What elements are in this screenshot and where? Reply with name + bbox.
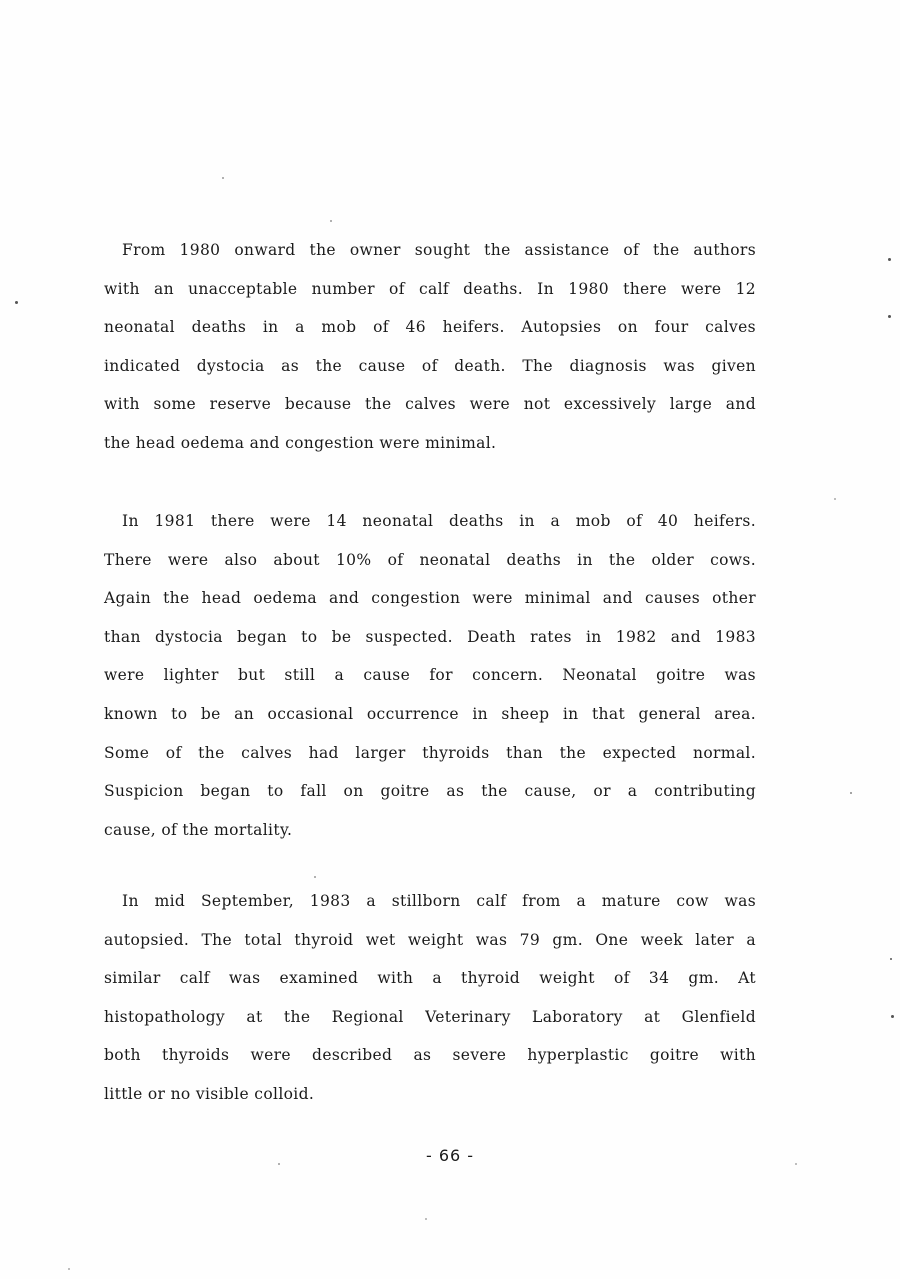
- scan-speck: [891, 1015, 894, 1018]
- text-line: Some of the calves had larger thyroids t…: [104, 734, 756, 773]
- text-line: histopathology at the Regional Veterinar…: [104, 998, 756, 1037]
- scan-speck: [888, 315, 891, 318]
- text-line: cause, of the mortality.: [104, 811, 756, 850]
- paragraph-1983-autopsy: In mid September, 1983 a stillborn calf …: [104, 882, 756, 1114]
- text-line: In 1981 there were 14 neonatal deaths in…: [104, 502, 756, 541]
- text-line: both thyroids were described as severe h…: [104, 1036, 756, 1075]
- scan-speck: [330, 220, 332, 222]
- text-line: indicated dystocia as the cause of death…: [104, 347, 756, 386]
- text-line: similar calf was examined with a thyroid…: [104, 959, 756, 998]
- text-line: were lighter but still a cause for conce…: [104, 656, 756, 695]
- document-page: From 1980 onward the owner sought the as…: [0, 0, 900, 1279]
- text-line: the head oedema and congestion were mini…: [104, 424, 756, 463]
- paragraph-1981-deaths: In 1981 there were 14 neonatal deaths in…: [104, 502, 756, 849]
- scan-speck: [314, 876, 316, 878]
- text-line: Suspicion began to fall on goitre as the…: [104, 772, 756, 811]
- scan-speck: [795, 1163, 797, 1165]
- text-line: From 1980 onward the owner sought the as…: [104, 231, 756, 270]
- scan-speck: [834, 498, 836, 500]
- scan-speck: [888, 258, 891, 261]
- scan-speck: [15, 301, 18, 304]
- text-line: neonatal deaths in a mob of 46 heifers. …: [104, 308, 756, 347]
- scan-speck: [222, 177, 224, 179]
- text-line: little or no visible colloid.: [104, 1075, 756, 1114]
- text-line: autopsied. The total thyroid wet weight …: [104, 921, 756, 960]
- scan-speck: [68, 1268, 70, 1270]
- text-line: known to be an occasional occurrence in …: [104, 695, 756, 734]
- text-line: with some reserve because the calves wer…: [104, 385, 756, 424]
- scan-speck: [425, 1218, 427, 1220]
- text-line: than dystocia began to be suspected. Dea…: [104, 618, 756, 657]
- scan-speck: [890, 958, 892, 960]
- text-line: Again the head oedema and congestion wer…: [104, 579, 756, 618]
- page-number: - 66 -: [0, 1146, 900, 1165]
- scan-speck: [850, 792, 852, 794]
- paragraph-1980-deaths: From 1980 onward the owner sought the as…: [104, 231, 756, 463]
- text-line: with an unacceptable number of calf deat…: [104, 270, 756, 309]
- text-line: In mid September, 1983 a stillborn calf …: [104, 882, 756, 921]
- text-line: There were also about 10% of neonatal de…: [104, 541, 756, 580]
- scan-speck: [278, 1163, 280, 1165]
